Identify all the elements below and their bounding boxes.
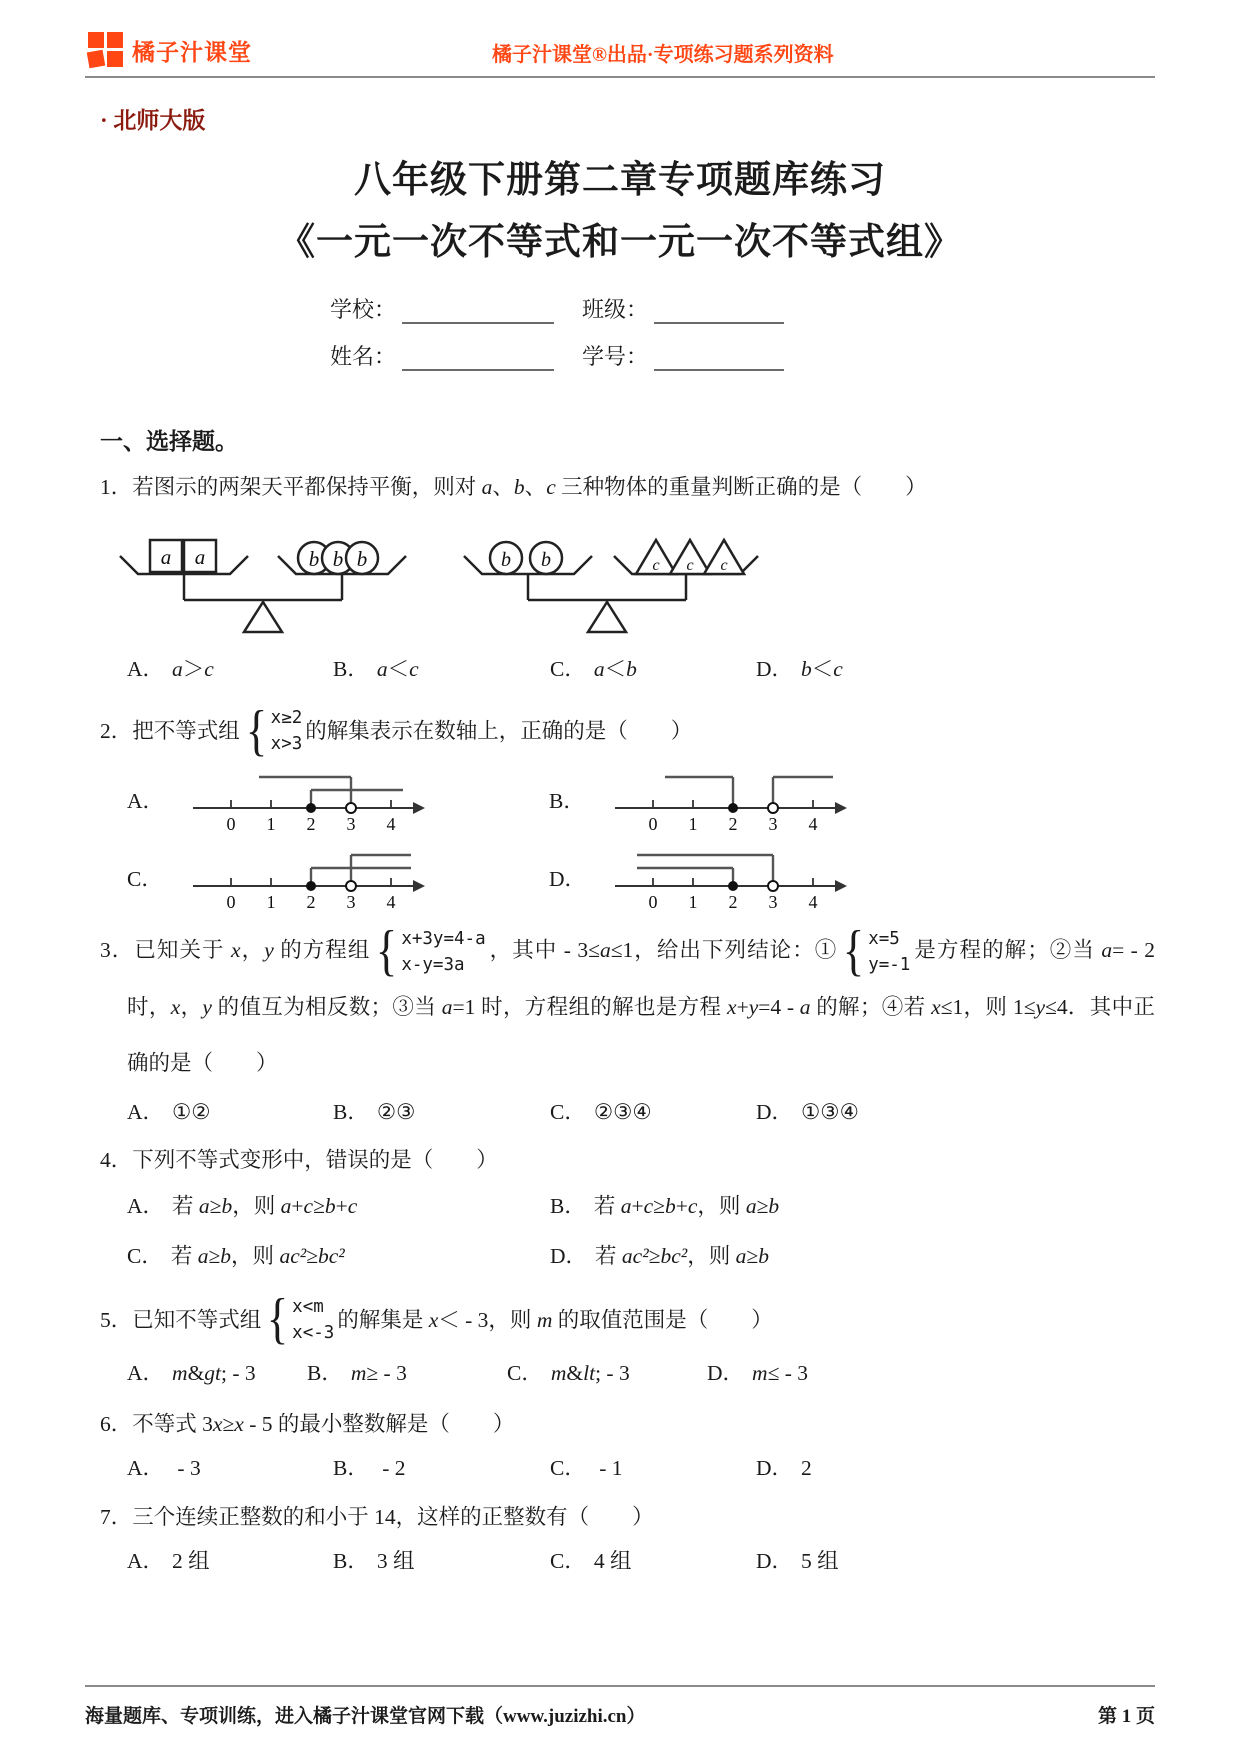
question-7-options: A．2 组 B．3 组 C．4 组 D．5 组 [127,1544,1155,1578]
brace: { [245,705,267,758]
option-c: C． - 1 [550,1451,756,1485]
circle-label-b: b [501,549,511,571]
triangle-label-c: c [686,557,693,574]
section-heading: 一、选择题。 [100,423,1240,456]
svg-text:2: 2 [729,814,738,834]
header-slogan: 橘子汁课堂®出品·专项练习题系列资料 [492,38,834,67]
option-a-label: A． [127,784,177,815]
option-b: B．②③ [333,1095,550,1129]
svg-text:0: 0 [227,814,236,834]
brand-logo: 橘子汁课堂 [88,32,252,68]
option-d-label: D． [549,862,599,893]
option-d: D．m≤ - 3 [707,1356,1155,1390]
option-b: B．若 a+c≥b+c，则 a≥b [550,1189,1155,1223]
svg-text:0: 0 [227,892,236,912]
worksheet-title: 八年级下册第二章专项题库练习 [0,149,1240,203]
svg-text:0: 0 [649,814,658,834]
question-7-text: 三个连续正整数的和小于 14，这样的正整数有（ ） [132,1505,653,1529]
page-header: 橘子汁课堂 橘子汁课堂®出品·专项练习题系列资料 [85,0,1155,78]
worksheet-page: 橘子汁课堂 橘子汁课堂®出品·专项练习题系列资料 · 北师大版 八年级下册第二章… [0,0,1240,1754]
option-a: A．2 组 [127,1544,333,1578]
student-info-form: 学校： 班级： 姓名： 学号： [330,293,1240,371]
name-label: 姓名： [330,340,396,371]
question-6-number: 6． [100,1412,132,1436]
option-c: C．若 a≥b，则 ac²≥bc² [127,1239,550,1273]
option-b: B． - 2 [333,1451,550,1485]
option-c: C．②③④ [550,1095,756,1129]
circle-label-b: b [333,547,344,571]
circle-label-b: b [357,547,368,571]
option-d: D．5 组 [756,1544,1155,1578]
numberline-option-c: 01234 [177,842,432,914]
school-label: 学校： [330,293,396,324]
circle-label-b: b [541,549,551,571]
numberline-row-2: C． 01234 D． 01234 [127,842,1240,914]
svg-text:2: 2 [307,892,316,912]
question-5-suffix: 的解集是 x＜ - 3，则 m 的取值范围是（ ） [337,1303,772,1337]
student-id-blank-field [654,347,784,371]
question-2: 2． 把不等式组 { x≥2 x>3 的解集表示在数轴上，正确的是（ ） [100,705,1155,758]
question-2-prefix: 把不等式组 [132,714,240,748]
numberline-option-b: 01234 [599,764,854,836]
worksheet-subtitle: 《一元一次不等式和一元一次不等式组》 [0,211,1240,265]
svg-text:1: 1 [267,892,276,912]
svg-text:4: 4 [387,892,396,912]
question-7: 7．三个连续正整数的和小于 14，这样的正整数有（ ） [100,1500,1155,1534]
question-6: 6．不等式 3x≥x - 5 的最小整数解是（ ） [100,1407,1155,1441]
option-d: D．若 ac²≥bc²，则 a≥b [550,1239,1155,1273]
question-5: 5． 已知不等式组 { x<m x<-3 的解集是 x＜ - 3，则 m 的取值… [100,1293,1155,1346]
option-d: D．b＜c [756,652,1155,686]
svg-text:1: 1 [689,892,698,912]
svg-text:3: 3 [769,892,778,912]
option-b: B．a＜c [333,652,550,686]
inequality-system: { x≥2 x>3 [243,705,303,758]
footer-promo-text: 海量题库、专项训练，进入橘子汁课堂官网下载（www.juzizhi.cn） [85,1701,646,1728]
svg-text:1: 1 [689,814,698,834]
question-1-text: 若图示的两架天平都保持平衡，则对 a、b、c 三种物体的重量判断正确的是（ ） [132,475,926,499]
option-b: B．m≥ - 3 [307,1356,507,1390]
numberline-option-a: 01234 [177,764,432,836]
square-label-a: a [195,545,206,569]
triangle-label-c: c [720,557,727,574]
option-c-label: C． [127,862,177,893]
svg-text:3: 3 [347,814,356,834]
circle-label-b: b [309,547,320,571]
option-d: D．2 [756,1451,1155,1485]
question-7-number: 7． [100,1505,132,1529]
question-2-suffix: 的解集表示在数轴上，正确的是（ ） [305,714,692,748]
svg-text:2: 2 [729,892,738,912]
page-footer: 海量题库、专项训练，进入橘子汁课堂官网下载（www.juzizhi.cn） 第 … [85,1685,1155,1728]
svg-text:0: 0 [649,892,658,912]
edition-label: · 北师大版 [100,102,1240,135]
question-5-number: 5． [100,1303,132,1337]
class-blank-field [654,300,784,324]
class-label: 班级： [582,293,648,324]
question-3-options: A．①② B．②③ C．②③④ D．①③④ [127,1095,1155,1129]
svg-text:4: 4 [809,892,818,912]
option-c: C．m&lt; - 3 [507,1356,707,1390]
svg-text:3: 3 [769,814,778,834]
numberline-row-1: A． 01234 B． 01234 [127,764,1240,836]
question-4: 4．下列不等式变形中，错误的是（ ） [100,1143,1155,1177]
question-6-options: A． - 3 B． - 2 C． - 1 D．2 [127,1451,1155,1485]
question-1-figure: a a b b b b [110,524,1240,642]
option-a: A．若 a≥b，则 a+c≥b+c [127,1189,550,1223]
question-1-options: A．a＞c B．a＜c C．a＜b D．b＜c [127,652,1155,686]
question-3: 3．已知关于 x，y 的方程组{x+3y=4-ax-y=3a，其中 - 3≤a≤… [100,922,1155,1091]
question-5-options: A．m&gt; - 3 B．m≥ - 3 C．m&lt; - 3 D．m≤ - … [127,1356,1155,1390]
question-6-text: 不等式 3x≥x - 5 的最小整数解是（ ） [132,1412,514,1436]
question-3-number: 3． [100,938,134,962]
triangle-label-c: c [652,557,659,574]
option-c: C．a＜b [550,652,756,686]
question-1: 1．若图示的两架天平都保持平衡，则对 a、b、c 三种物体的重量判断正确的是（ … [100,470,1155,504]
question-5-prefix: 已知不等式组 [132,1303,261,1337]
logo-text: 橘子汁课堂 [132,34,252,67]
name-blank-field [402,347,554,371]
svg-text:4: 4 [387,814,396,834]
option-b-label: B． [549,784,599,815]
svg-text:1: 1 [267,814,276,834]
student-id-label: 学号： [582,340,648,371]
equation-system-1: {x+3y=4-ax-y=3a [373,925,485,978]
question-3-mid: ，其中 - 3≤a≤1，给出下列结论：① [489,938,838,962]
svg-text:3: 3 [347,892,356,912]
option-d: D．①③④ [756,1095,1155,1129]
question-4-number: 4． [100,1148,132,1172]
page-number: 第 1 页 [1098,1701,1155,1728]
question-1-number: 1． [100,475,132,499]
solution-system: {x=5y=-1 [840,925,910,978]
question-4-options: A．若 a≥b，则 a+c≥b+c B．若 a+c≥b+c，则 a≥b C．若 … [127,1189,1155,1273]
option-a: A．m&gt; - 3 [127,1356,307,1390]
numberline-option-d: 01234 [599,842,854,914]
school-blank-field [402,300,554,324]
balance-scale-2: b b c c c [454,524,772,642]
inequality-system: { x<m x<-3 [264,1293,334,1346]
question-2-number: 2． [100,714,132,748]
square-label-a: a [161,545,172,569]
option-b: B．3 组 [333,1544,550,1578]
option-a: A．①② [127,1095,333,1129]
option-c: C．4 组 [550,1544,756,1578]
question-4-text: 下列不等式变形中，错误的是（ ） [132,1148,498,1172]
svg-text:4: 4 [809,814,818,834]
option-a: A．a＞c [127,652,333,686]
orange-squares-logo-icon [88,32,124,68]
question-3-prefix: 已知关于 x，y 的方程组 [134,938,370,962]
svg-text:2: 2 [307,814,316,834]
option-a: A． - 3 [127,1451,333,1485]
balance-scale-1: a a b b b [110,524,420,642]
